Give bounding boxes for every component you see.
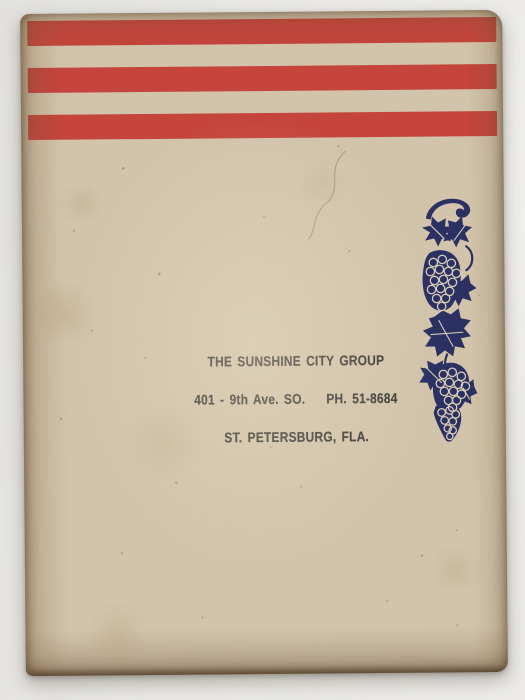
book-back-cover: THE SUNSHINE CITY GROUP 401 - 9th Ave. S… — [20, 10, 508, 676]
photo-backdrop: THE SUNSHINE CITY GROUP 401 - 9th Ave. S… — [0, 0, 525, 700]
stripes — [27, 17, 497, 140]
red-stripe — [28, 64, 497, 93]
imprint-line-3: ST. PETERSBURG, FLA. — [224, 427, 369, 447]
red-stripe — [27, 17, 496, 46]
paper-crease — [293, 149, 358, 242]
bottom-edge-wear — [30, 665, 504, 676]
imprint-line-2: 401 - 9th Ave. SO. PH. 51-8684 — [194, 389, 398, 410]
imprint: THE SUNSHINE CITY GROUP 401 - 9th Ave. S… — [139, 332, 417, 467]
imprint-line-1: THE SUNSHINE CITY GROUP — [207, 351, 384, 372]
red-stripe — [28, 111, 497, 140]
grape-vine-ornament — [418, 194, 478, 444]
